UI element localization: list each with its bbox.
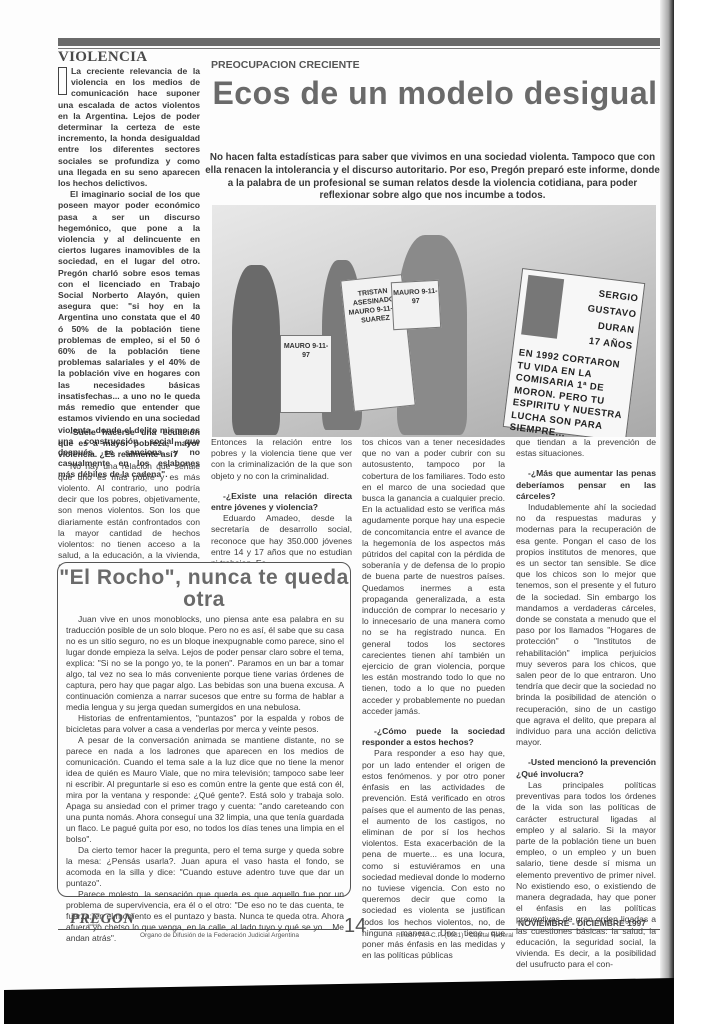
sidebar-paragraph: Juan vive en unos monoblocks, uno piensa… xyxy=(66,614,344,713)
dropcap-box-icon xyxy=(58,67,67,95)
header-rule xyxy=(58,48,660,49)
scan-edge-shadow xyxy=(660,0,674,985)
portrait-image xyxy=(521,275,564,339)
header-bar xyxy=(58,38,660,46)
col3: tos chicos van a tener necesidades que n… xyxy=(362,437,505,961)
col2: Entonces la relación entre los pobres y … xyxy=(211,437,352,569)
footer-rule-left xyxy=(58,929,338,930)
section-label: VIOLENCIA xyxy=(58,49,147,66)
sign-message: EN 1992 CORTARON TU VIDA EN LA COMISARIA… xyxy=(509,347,631,437)
sidebar-paragraph: Historias de enfrentamientos, "puntazos"… xyxy=(66,713,344,735)
col3-p1: tos chicos van a tener necesidades que n… xyxy=(362,437,505,717)
photo-sign-duran: SERGIO GUSTAVO DURAN 17 AÑOS EN 1992 COR… xyxy=(503,268,646,437)
scan-margin xyxy=(674,0,726,1024)
headline: Ecos de un modelo desigual xyxy=(210,74,660,112)
sidebar-body: Juan vive en unos monoblocks, uno piensa… xyxy=(66,614,344,944)
col4-p3: Las principales políticas preventivas pa… xyxy=(516,780,656,970)
col4-question-1: -¿Más que aumentar las penas deberíamos … xyxy=(516,468,656,502)
col4-p1: que tiendan a la prevención de estas sit… xyxy=(516,437,656,459)
photo-sign-small: MAURO 9-11-97 xyxy=(280,335,332,413)
question-poverty: -Suele hacerse una ecuación que es a may… xyxy=(58,427,200,461)
photo-sign-mauro: MAURO 9-11-97 xyxy=(391,280,441,330)
sidebar-paragraph: Da cierto temor hacer la pregunta, pero … xyxy=(66,845,344,889)
pregon-logo: PREGON xyxy=(70,911,135,928)
col4: que tiendan a la prevención de estas sit… xyxy=(516,437,656,970)
deck: No hacen falta estadísticas para saber q… xyxy=(205,152,660,203)
sidebar-paragraph: A pesar de la conversación animada se ma… xyxy=(66,735,344,845)
col4-p2: Indudablemente ahí la sociedad no da res… xyxy=(516,502,656,748)
footer-rule-right xyxy=(370,929,660,930)
col3-question: -¿Cómo puede la sociedad responder a est… xyxy=(362,726,505,748)
newspaper-page: VIOLENCIA La creciente relevancia de la … xyxy=(0,0,726,1024)
col2-question: -¿Existe una relación directa entre jóve… xyxy=(211,491,352,513)
sign-name: SERGIO GUSTAVO DURAN 17 AÑOS xyxy=(562,283,639,355)
footer-address: Rincón 74 - C.P. (1081) - Capital Federa… xyxy=(396,932,513,939)
sidebar-box-el-rocho: "El Rocho", nunca te queda otra Juan viv… xyxy=(57,562,351,897)
photo-figure-woman xyxy=(232,265,280,435)
protest-photo: MAURO 9-11-97 TRISTAN ASESINADO MAURO 9-… xyxy=(212,205,656,437)
col2-p2: Eduardo Amadeo, desde la secretaría de d… xyxy=(211,513,352,569)
sidebar-title: "El Rocho", nunca te queda otra xyxy=(58,567,350,611)
issue-date: NOVIEMBRE - DICIEMBRE 1997 xyxy=(518,918,646,928)
col4-question-2: -Usted mencionó la prevención ¿Qué invol… xyxy=(516,757,656,779)
page-number: 14 xyxy=(344,915,366,938)
footer-organ: Organo de Difusión de la Federación Judi… xyxy=(140,932,299,939)
pregon-logo-sub: judicial xyxy=(88,922,100,927)
col1-after: -Suele hacerse una ecuación que es a may… xyxy=(58,418,200,584)
kicker: PREOCUPACION CRECIENTE xyxy=(211,59,360,71)
lead-paragraph-1: La creciente relevancia de la violencia … xyxy=(58,66,200,189)
col2-p1: Entonces la relación entre los pobres y … xyxy=(211,437,352,482)
